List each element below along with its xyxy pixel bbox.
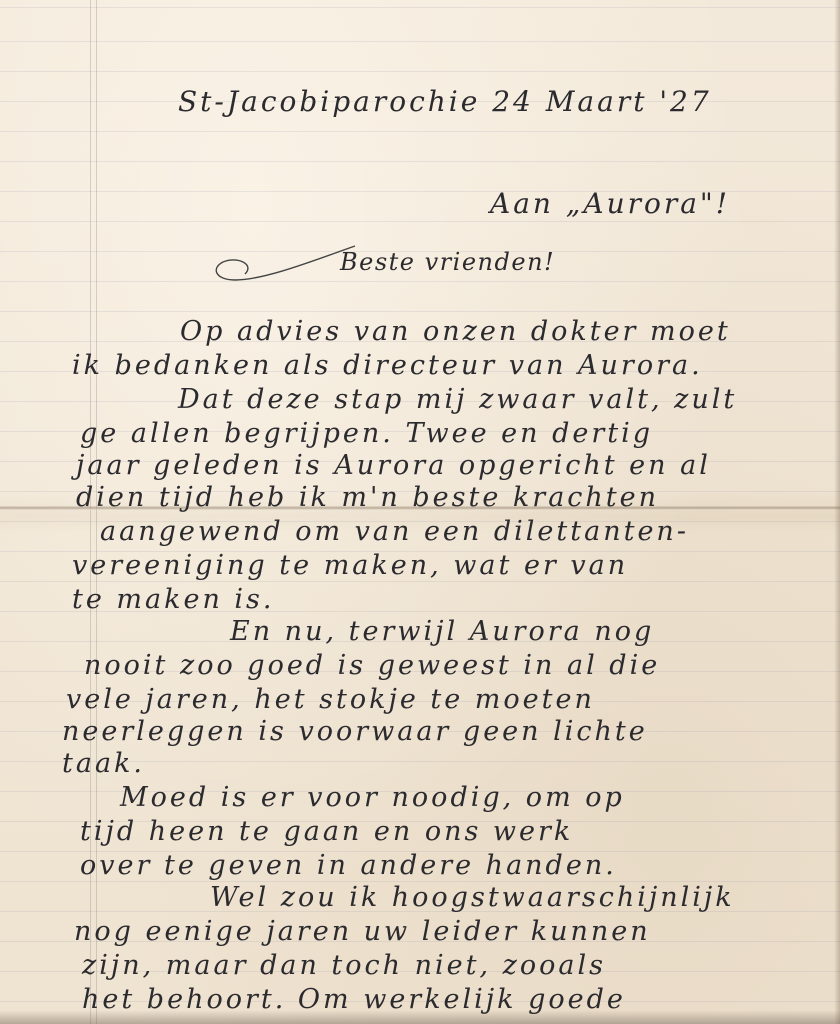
- letter-page: St-Jacobiparochie 24 Maart '27 Aan „Auro…: [0, 0, 840, 1024]
- body-line: Moed is er voor noodig, om op: [120, 784, 625, 811]
- body-line: nooit zoo goed is geweest in al die: [84, 652, 660, 679]
- addressee: Aan „Aurora"!: [490, 190, 730, 218]
- body-line: nog eenige jaren uw leider kunnen: [74, 918, 651, 945]
- body-line: Op advies van onzen dokter moet: [180, 318, 731, 345]
- body-line: vereeniging te maken, wat er van: [72, 552, 628, 579]
- salutation: Beste vrienden!: [340, 250, 555, 274]
- body-line: vele jaren, het stokje te moeten: [66, 686, 595, 713]
- body-line: dien tijd heb ik m'n beste krachten: [76, 484, 659, 511]
- body-line: aangewend om van een dilettanten-: [100, 518, 689, 545]
- body-line: zijn, maar dan toch niet, zooals: [82, 952, 606, 979]
- body-line: En nu, terwijl Aurora nog: [230, 618, 654, 645]
- body-line: Dat deze stap mij zwaar valt, zult: [178, 386, 737, 413]
- body-line: te maken is.: [72, 586, 275, 613]
- body-line: taak.: [62, 750, 145, 777]
- body-line: ge allen begrijpen. Twee en dertig: [80, 420, 653, 447]
- paper-edge: [834, 0, 840, 1024]
- body-line: neerleggen is voorwaar geen lichte: [62, 718, 648, 745]
- body-line: Wel zou ik hoogstwaarschijnlijk: [210, 884, 735, 911]
- body-line: ik bedanken als directeur van Aurora.: [72, 352, 703, 379]
- place-date: St-Jacobiparochie 24 Maart '27: [178, 88, 712, 116]
- body-line: over te geven in andere handen.: [80, 852, 617, 879]
- body-line: jaar geleden is Aurora opgericht en al: [76, 452, 711, 479]
- body-line: het behoort. Om werkelijk goede: [82, 986, 626, 1013]
- body-line: tijd heen te gaan en ons werk: [80, 818, 573, 845]
